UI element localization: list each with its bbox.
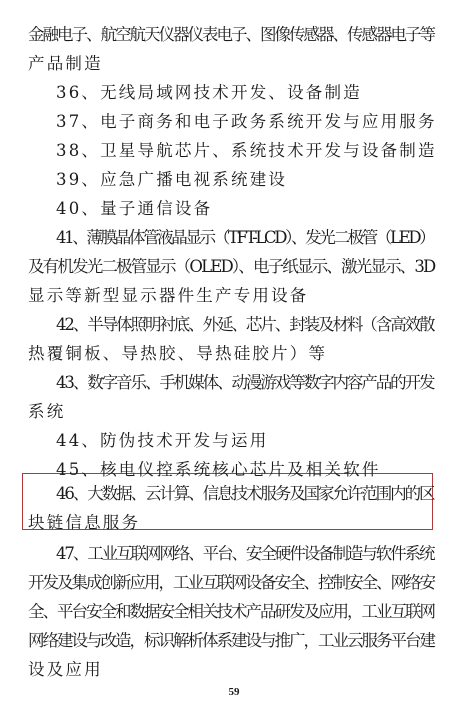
text-line: 43、数字音乐、手机媒体、动漫游戏等数字内容产品的开发 bbox=[56, 373, 436, 393]
page-number: 59 bbox=[0, 686, 468, 698]
text-line: 产品制造 bbox=[28, 54, 436, 74]
text-line: 45、核电仪控系统核心芯片及相关软件 bbox=[56, 460, 436, 480]
text-line: 46、大数据、云计算、信息技术服务及国家允许范围内的区 bbox=[56, 484, 436, 504]
text-line: 47、工业互联网网络、平台、安全硬件设备制造与软件系统 bbox=[56, 544, 436, 564]
text-line: 41、薄膜晶体管液晶显示（TFT-LCD）、发光二极管（LED） bbox=[56, 228, 436, 248]
text-line: 40、量子通信设备 bbox=[56, 199, 436, 219]
text-line: 全、平台安全和数据安全相关技术产品研发及应用，工业互联网 bbox=[28, 602, 436, 622]
text-line: 37、电子商务和电子政务系统开发与应用服务 bbox=[56, 112, 436, 132]
text-line: 39、应急广播电视系统建设 bbox=[56, 170, 436, 190]
text-line: 38、卫星导航芯片、系统技术开发与设备制造 bbox=[56, 141, 436, 161]
text-line: 块链信息服务 bbox=[28, 513, 436, 533]
text-line: 36、无线局域网技术开发、设备制造 bbox=[56, 83, 436, 103]
text-line: 网络建设与改造，标识解析体系建设与推广，工业云服务平台建 bbox=[28, 631, 436, 651]
text-line: 金融电子、航空航天仪器仪表电子、图像传感器、传感器电子等 bbox=[28, 25, 436, 45]
document-page: 金融电子、航空航天仪器仪表电子、图像传感器、传感器电子等产品制造36、无线局域网… bbox=[0, 0, 468, 718]
text-line: 及有机发光二极管显示（OLED）、电子纸显示、激光显示、3D bbox=[28, 257, 436, 277]
text-line: 44、防伪技术开发与运用 bbox=[56, 431, 436, 451]
text-line: 设及应用 bbox=[28, 660, 436, 680]
text-line: 开发及集成创新应用，工业互联网设备安全、控制安全、网络安 bbox=[28, 573, 436, 593]
text-line: 42、半导体照明衬底、外延、芯片、封装及材料（含高效散 bbox=[56, 315, 436, 335]
text-line: 系统 bbox=[28, 402, 436, 422]
text-line: 热覆铜板、导热胶、导热硅胶片）等 bbox=[28, 344, 436, 364]
text-line: 显示等新型显示器件生产专用设备 bbox=[28, 286, 436, 306]
